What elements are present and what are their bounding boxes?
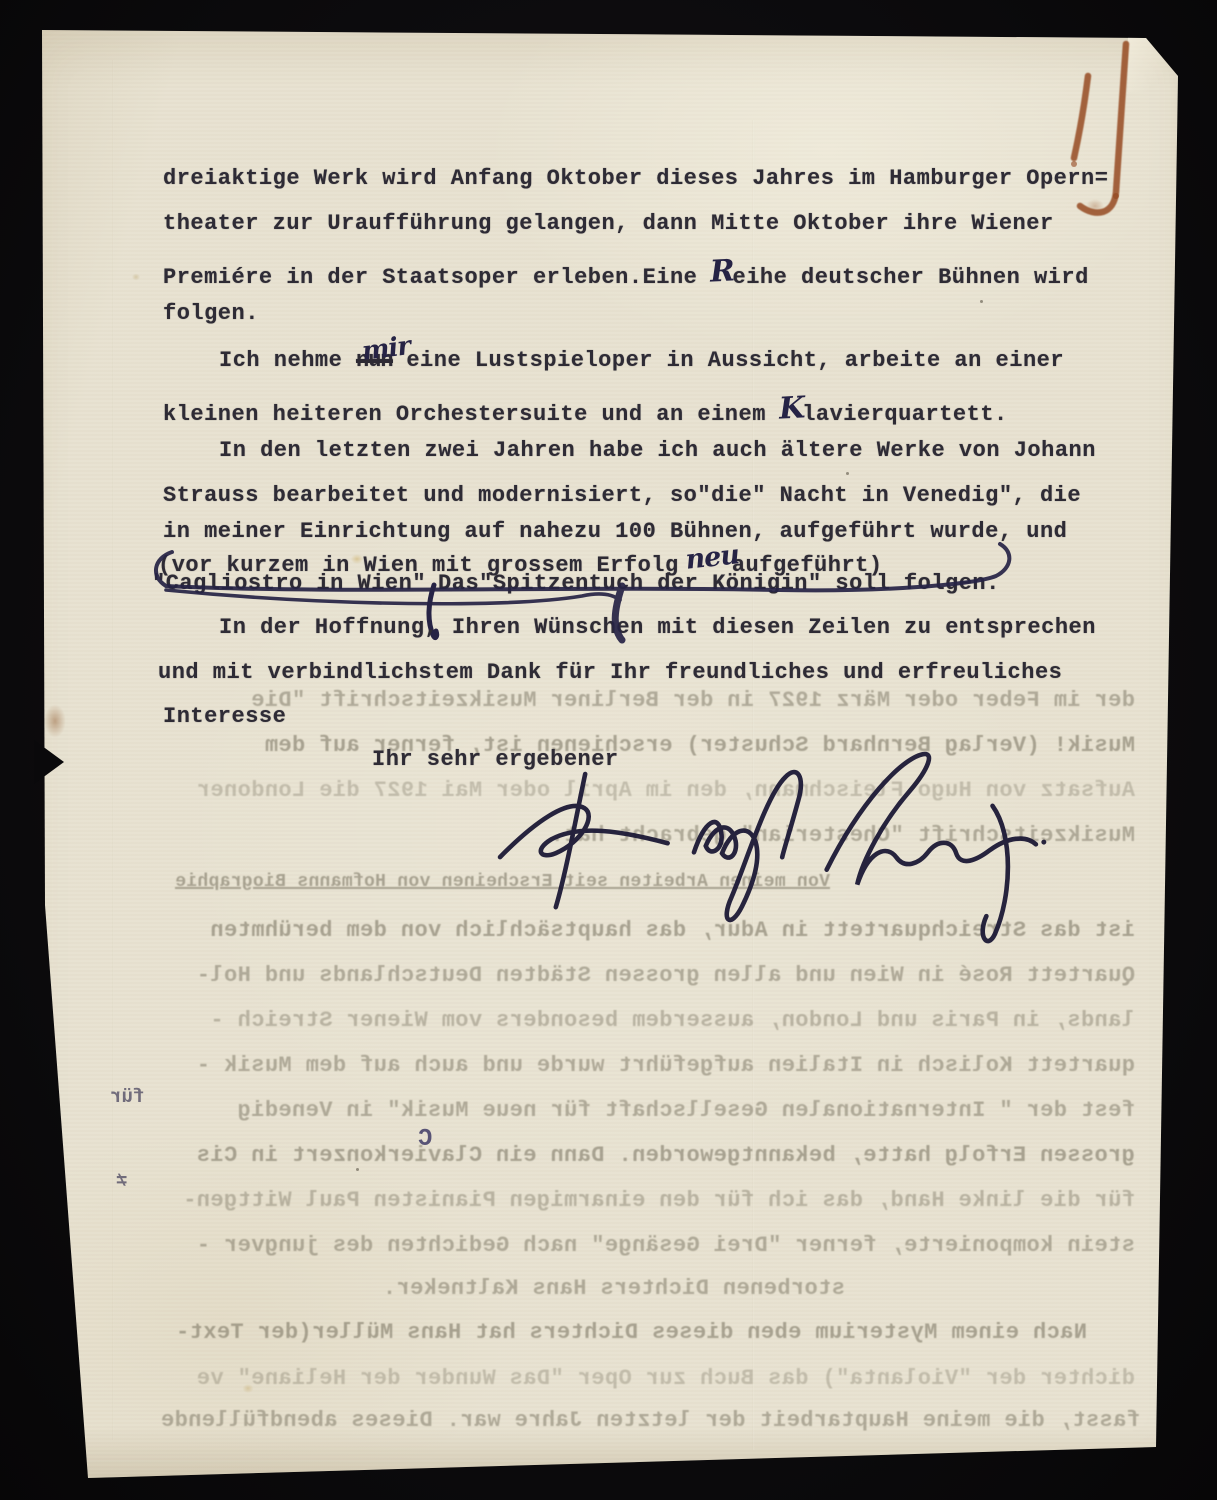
letter-page: der im Feber oder März 1927 in der Berli…: [0, 0, 1217, 1500]
paper-speck: [846, 472, 849, 475]
paper-stain: [240, 1382, 256, 1395]
typed-line: Interesse: [163, 704, 286, 729]
signature: [467, 742, 1054, 962]
paper-speck: [980, 300, 983, 303]
edge-stain: [40, 698, 70, 744]
typed-segment: Premiére in der Staatsoper erleben.Eine: [163, 265, 711, 290]
handwritten-word-mir: mir: [360, 331, 411, 367]
typed-line: folgen.: [163, 301, 259, 326]
paper-stain: [348, 552, 366, 566]
typed-segment: eihe deutscher Bühnen wird: [733, 265, 1089, 290]
typed-line: Ich nehme nun eine Lustspieloper in Auss…: [219, 348, 1064, 373]
typed-line: Premiére in der Staatsoper erleben.Eine …: [163, 256, 1089, 291]
typed-segment: lavierquartett.: [802, 402, 1008, 427]
rust-stain: [1082, 196, 1108, 216]
typed-line: und mit verbindlichstem Dank für Ihr fre…: [158, 660, 1062, 685]
scanned-letter-photo: der im Feber oder März 1927 in der Berli…: [0, 0, 1217, 1500]
typed-segment: eine Lustspieloper in Aussicht, arbeite …: [393, 348, 1064, 373]
pen-underline-mark: [130, 534, 1030, 654]
typed-line: dreiaktige Werk wird Anfang Oktober dies…: [163, 166, 1108, 191]
typed-line: In den letzten zwei Jahren habe ich auch…: [219, 438, 1096, 463]
pen-overwrite-letter: K: [778, 390, 806, 426]
typed-line: theater zur Uraufführung gelangen, dann …: [163, 211, 1054, 236]
typed-segment: Ich nehme: [219, 348, 356, 373]
paper-stain: [130, 272, 142, 282]
typed-segment: kleinen heiteren Orchestersuite und an e…: [163, 402, 780, 427]
typed-line: Strauss bearbeitet und modernisiert, so"…: [163, 483, 1081, 508]
pen-overwrite-letter: R: [709, 253, 736, 289]
typed-line: kleinen heiteren Orchestersuite und an e…: [163, 393, 1008, 428]
paper-speck: [356, 1168, 359, 1171]
